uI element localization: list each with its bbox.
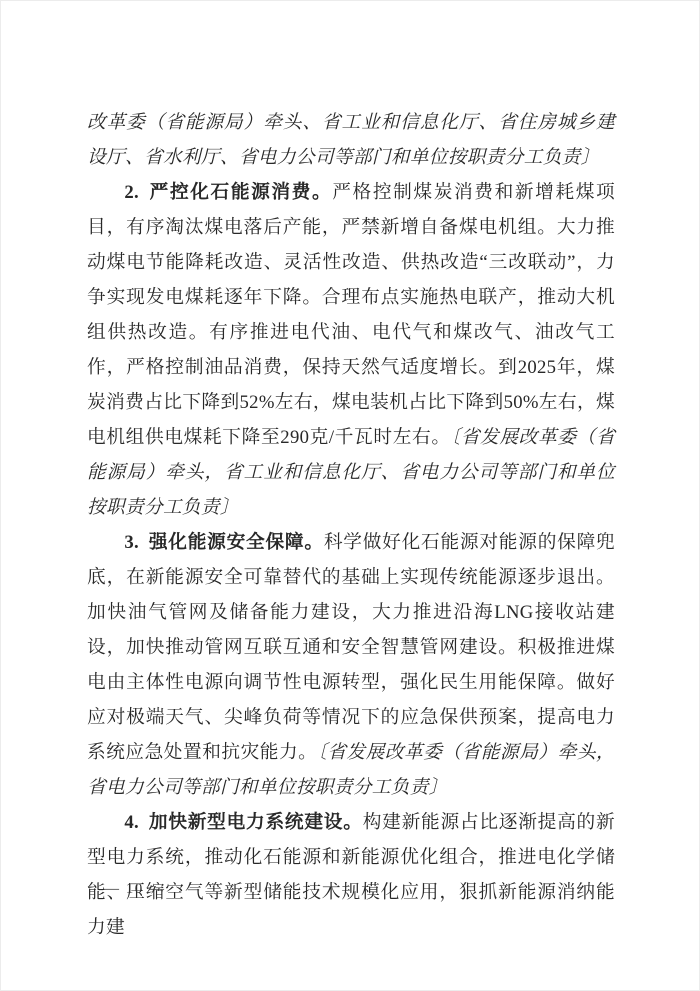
document-page: 改革委（省能源局）牵头、省工业和信息化厅、省住房城乡建设厅、省水利厅、省电力公司… <box>0 0 700 991</box>
item-2-body: 严格控制煤炭消费和新增耗煤项目，有序淘汰煤电落后产能，严禁新增自备煤电机组。大力… <box>87 182 615 448</box>
item-3-lead: 强化能源安全保障。 <box>148 532 323 553</box>
item-4-number: 4. <box>124 812 139 833</box>
item-3-number: 3. <box>124 532 139 553</box>
item-2-lead: 严控化石能源消费。 <box>148 182 332 203</box>
document-body: 改革委（省能源局）牵头、省工业和信息化厅、省住房城乡建设厅、省水利厅、省电力公司… <box>87 105 615 945</box>
item-4-lead: 加快新型电力系统建设。 <box>148 812 362 833</box>
paragraph-item-3: 3.强化能源安全保障。科学做好化石能源对能源的保障兜底，在新能源安全可靠替代的基… <box>87 525 615 805</box>
paragraph-continuation: 改革委（省能源局）牵头、省工业和信息化厅、省住房城乡建设厅、省水利厅、省电力公司… <box>87 105 615 175</box>
item-2-number: 2. <box>124 182 139 203</box>
paragraph-item-2: 2.严控化石能源消费。严格控制煤炭消费和新增耗煤项目，有序淘汰煤电落后产能，严禁… <box>87 175 615 525</box>
continuation-text: 改革委（省能源局）牵头、省工业和信息化厅、省住房城乡建设厅、省水利厅、省电力公司… <box>87 112 615 168</box>
item-3-body: 科学做好化石能源对能源的保障兜底，在新能源安全可靠替代的基础上实现传统能源逐步退… <box>87 532 615 763</box>
page-number: — 10 — <box>104 880 166 898</box>
paragraph-item-4: 4.加快新型电力系统建设。构建新能源占比逐渐提高的新型电力系统，推动化石能源和新… <box>87 805 615 945</box>
